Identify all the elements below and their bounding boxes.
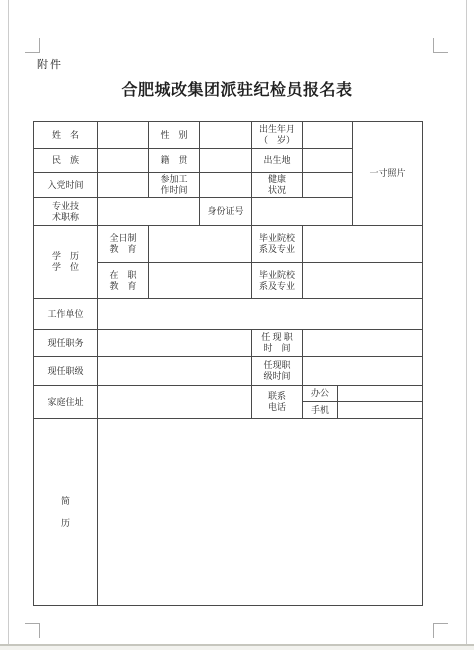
current-rank-label: 现任职级 bbox=[34, 357, 98, 386]
text-boundary-mark-bottom-right bbox=[433, 623, 448, 638]
name-input-cell[interactable] bbox=[98, 122, 149, 149]
page-title: 合肥城改集团派驻纪检员报名表 bbox=[0, 77, 474, 100]
professional-title-input-cell[interactable] bbox=[98, 198, 200, 226]
application-form-table: 姓 名 性 别 出生年月 （ 岁） 一寸照片 民 族 籍 贯 出生地 入党时间 … bbox=[33, 121, 423, 606]
current-rank-input-cell[interactable] bbox=[98, 357, 252, 386]
inservice-education-label: 在 职 教 育 bbox=[98, 263, 149, 299]
id-number-input-cell[interactable] bbox=[252, 198, 353, 226]
text-boundary-mark-bottom-left bbox=[25, 623, 40, 638]
text-boundary-mark-top-right bbox=[433, 38, 448, 53]
mobile-phone-label: 手机 bbox=[303, 402, 338, 419]
office-phone-input-cell[interactable] bbox=[338, 386, 423, 402]
native-place-input-cell[interactable] bbox=[200, 149, 252, 173]
native-place-label: 籍 贯 bbox=[149, 149, 200, 173]
contact-phone-label: 联系 电话 bbox=[252, 386, 303, 419]
document-page: 附件 合肥城改集团派驻纪检员报名表 姓 名 性 别 出生年月 （ 岁） 一寸照片… bbox=[0, 0, 474, 650]
professional-title-label: 专业技 术职称 bbox=[34, 198, 98, 226]
office-phone-label: 办公 bbox=[303, 386, 338, 402]
health-status-label: 健康 状况 bbox=[252, 173, 303, 198]
resume-input-cell[interactable] bbox=[98, 419, 423, 606]
gender-input-cell[interactable] bbox=[200, 122, 252, 149]
work-start-time-label: 参加工 作时间 bbox=[149, 173, 200, 198]
graduate-school-major-label-1: 毕业院校 系及专业 bbox=[252, 226, 303, 263]
mobile-phone-input-cell[interactable] bbox=[338, 402, 423, 419]
page-bottom-margin bbox=[0, 646, 474, 650]
rank-since-label: 任现职 级时间 bbox=[252, 357, 303, 386]
attachment-label: 附件 bbox=[37, 56, 63, 72]
photo-cell: 一寸照片 bbox=[353, 122, 423, 226]
home-address-label: 家庭住址 bbox=[34, 386, 98, 419]
graduate-school-major-label-2: 毕业院校 系及专业 bbox=[252, 263, 303, 299]
graduate-school-major-input-cell-2[interactable] bbox=[303, 263, 423, 299]
gender-label: 性 别 bbox=[149, 122, 200, 149]
ethnicity-input-cell[interactable] bbox=[98, 149, 149, 173]
work-unit-label: 工作单位 bbox=[34, 299, 98, 330]
inservice-education-input-cell[interactable] bbox=[149, 263, 252, 299]
birthplace-input-cell[interactable] bbox=[303, 149, 353, 173]
birth-date-label: 出生年月 （ 岁） bbox=[252, 122, 303, 149]
fulltime-education-label: 全日制 教 育 bbox=[98, 226, 149, 263]
rank-since-input-cell[interactable] bbox=[303, 357, 423, 386]
position-since-input-cell[interactable] bbox=[303, 330, 423, 357]
current-position-label: 现任职务 bbox=[34, 330, 98, 357]
work-unit-input-cell[interactable] bbox=[98, 299, 423, 330]
health-status-input-cell[interactable] bbox=[303, 173, 353, 198]
party-join-time-input-cell[interactable] bbox=[98, 173, 149, 198]
education-degree-label: 学 历 学 位 bbox=[34, 226, 98, 299]
birthplace-label: 出生地 bbox=[252, 149, 303, 173]
resume-label: 简 历 bbox=[34, 419, 98, 606]
current-position-input-cell[interactable] bbox=[98, 330, 252, 357]
name-label: 姓 名 bbox=[34, 122, 98, 149]
ethnicity-label: 民 族 bbox=[34, 149, 98, 173]
home-address-input-cell[interactable] bbox=[98, 386, 252, 419]
fulltime-education-input-cell[interactable] bbox=[149, 226, 252, 263]
text-boundary-mark-top-left bbox=[25, 38, 40, 53]
party-join-time-label: 入党时间 bbox=[34, 173, 98, 198]
graduate-school-major-input-cell-1[interactable] bbox=[303, 226, 423, 263]
position-since-label: 任 现 职 时 间 bbox=[252, 330, 303, 357]
birth-date-input-cell[interactable] bbox=[303, 122, 353, 149]
work-start-time-input-cell[interactable] bbox=[200, 173, 252, 198]
id-number-label: 身份证号 bbox=[200, 198, 252, 226]
